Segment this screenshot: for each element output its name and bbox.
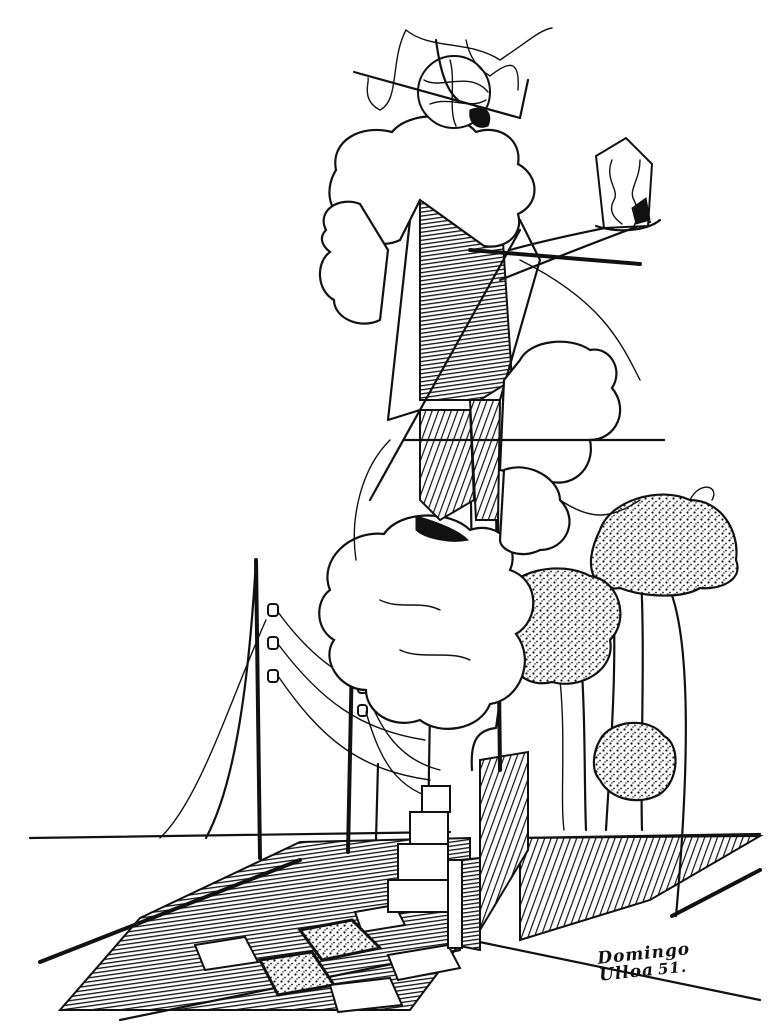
illustration-canvas (0, 0, 771, 1024)
street-and-flagstones (30, 832, 760, 1020)
signature-year: 51. (657, 958, 688, 979)
figure-head-with-wires (354, 28, 552, 128)
steps (388, 786, 450, 912)
